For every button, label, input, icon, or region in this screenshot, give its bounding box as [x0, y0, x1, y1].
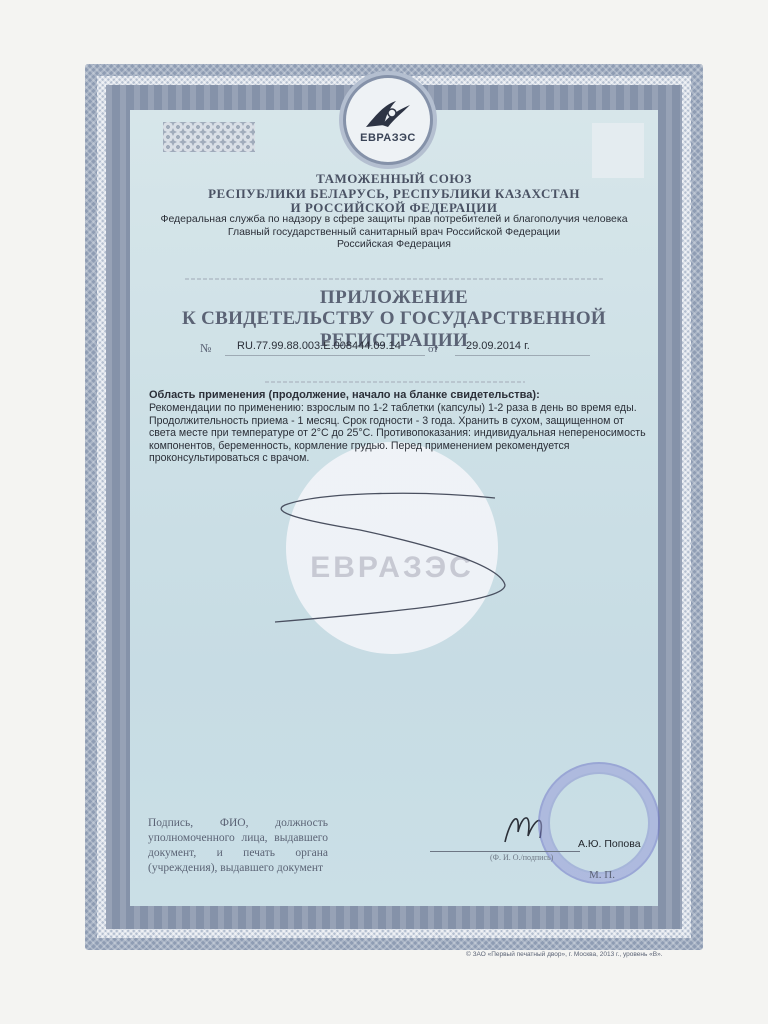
- emblem-label: ЕВРАЗЭС: [360, 132, 416, 144]
- watermark-label: ЕВРАЗЭС: [310, 551, 474, 585]
- eurasec-emblem-icon: [362, 97, 414, 131]
- blank-field: [592, 123, 644, 178]
- signer-name: А.Ю. Попова: [578, 838, 641, 850]
- printer-imprint: © ЗАО «Первый печатный двор», г. Москва,…: [466, 951, 663, 958]
- eurasec-watermark: ЕВРАЗЭС: [286, 442, 498, 654]
- registration-date: 29.09.2014 г.: [466, 340, 530, 352]
- security-pattern: [163, 122, 255, 152]
- seal-label: М. П.: [589, 869, 615, 881]
- agency-name: Федеральная служба по надзору в сфере за…: [130, 213, 658, 225]
- number-underline: [225, 355, 425, 356]
- date-underline: [455, 355, 590, 356]
- signature-line: [430, 851, 580, 852]
- number-sign: №: [200, 341, 211, 356]
- country-name: Российская Федерация: [130, 238, 658, 250]
- fio-caption: (Ф. И. О./подпись): [490, 853, 553, 862]
- official-seal: [538, 762, 660, 884]
- scope-text: Рекомендации по применению: взрослым по …: [149, 402, 649, 464]
- from-label: от: [428, 343, 438, 355]
- scope-section: Область применения (продолжение, начало …: [149, 389, 649, 464]
- form-hint-line-2: [265, 381, 525, 383]
- document-title: ПРИЛОЖЕНИЕ: [130, 287, 658, 309]
- signature-caption: Подпись, ФИО, должность уполномоченного …: [148, 816, 328, 876]
- header-line-1: ТАМОЖЕННЫЙ СОЮЗ: [130, 171, 658, 187]
- eurasec-emblem: ЕВРАЗЭС: [343, 75, 433, 165]
- scope-title: Область применения (продолжение, начало …: [149, 389, 649, 401]
- official-title: Главный государственный санитарный врач …: [130, 226, 658, 238]
- form-hint-line: [185, 278, 605, 280]
- registration-number: RU.77.99.88.003.Е.008444.09.14: [237, 340, 401, 352]
